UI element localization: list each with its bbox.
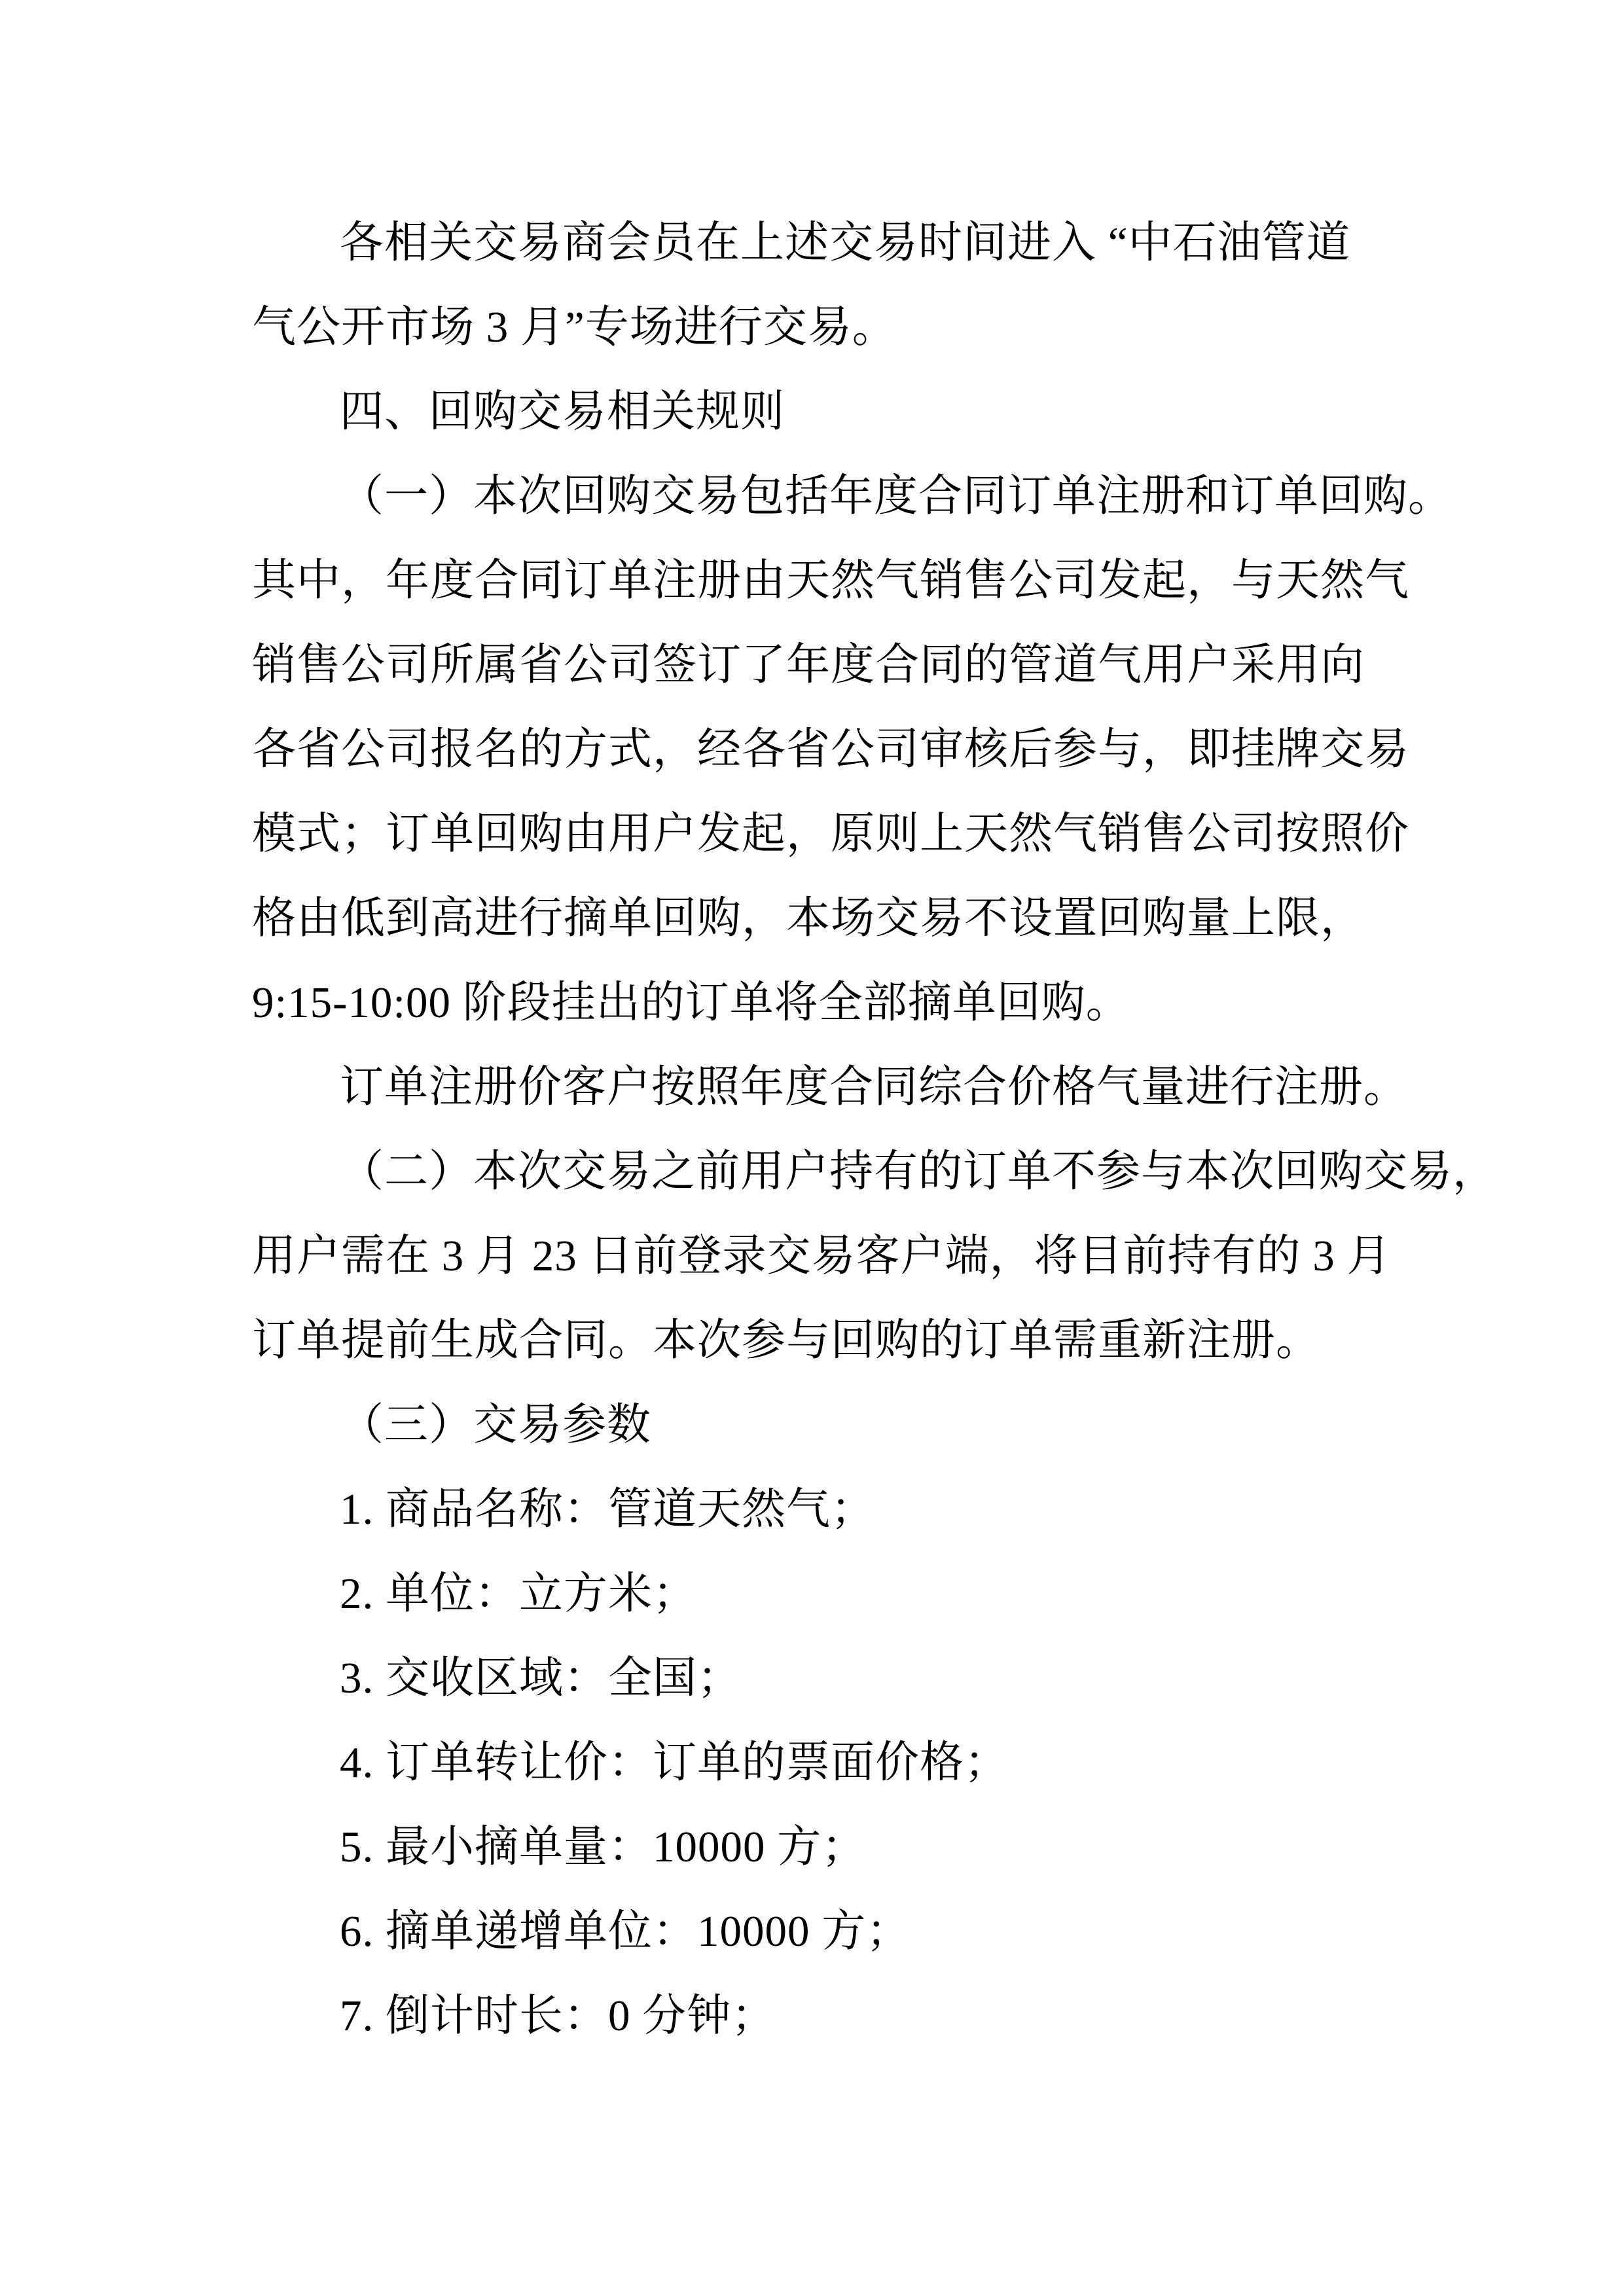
text-line: 2. 单位：立方米； bbox=[252, 1552, 1381, 1636]
text-line: 其中，年度合同订单注册由天然气销售公司发起，与天然气 bbox=[252, 539, 1381, 623]
text-line: 气公开市场 3 月”专场进行交易。 bbox=[252, 285, 1381, 370]
text-line: 各省公司报名的方式，经各省公司审核后参与，即挂牌交易 bbox=[252, 708, 1381, 792]
text-line: 7. 倒计时长：0 分钟； bbox=[252, 1974, 1381, 2058]
text-line: 5. 最小摘单量：10000 方； bbox=[252, 1805, 1381, 1890]
text-line: 3. 交收区域：全国； bbox=[252, 1636, 1381, 1721]
text-line: 各相关交易商会员在上述交易时间进入 “中石油管道 bbox=[252, 201, 1381, 285]
text-line: 格由低到高进行摘单回购，本场交易不设置回购量上限， bbox=[252, 876, 1381, 961]
text-line: 用户需在 3 月 23 日前登录交易客户端，将目前持有的 3 月 bbox=[252, 1214, 1381, 1299]
text-line: 4. 订单转让价：订单的票面价格； bbox=[252, 1721, 1381, 1805]
document-page: 各相关交易商会员在上述交易时间进入 “中石油管道气公开市场 3 月”专场进行交易… bbox=[0, 0, 1624, 2296]
text-line: 销售公司所属省公司签订了年度合同的管道气用户采用向 bbox=[252, 623, 1381, 708]
text-line: 6. 摘单递增单位：10000 方； bbox=[252, 1890, 1381, 1974]
text-line: 四、回购交易相关规则 bbox=[252, 370, 1381, 454]
text-line: （二）本次交易之前用户持有的订单不参与本次回购交易， bbox=[252, 1130, 1381, 1214]
text-line: 1. 商品名称：管道天然气； bbox=[252, 1467, 1381, 1552]
text-line: 订单提前生成合同。本次参与回购的订单需重新注册。 bbox=[252, 1299, 1381, 1383]
text-line: 9:15-10:00 阶段挂出的订单将全部摘单回购。 bbox=[252, 961, 1381, 1045]
text-line: 模式；订单回购由用户发起，原则上天然气销售公司按照价 bbox=[252, 792, 1381, 876]
document-body: 各相关交易商会员在上述交易时间进入 “中石油管道气公开市场 3 月”专场进行交易… bbox=[252, 201, 1381, 2058]
text-line: 订单注册价客户按照年度合同综合价格气量进行注册。 bbox=[252, 1045, 1381, 1130]
text-line: （三）交易参数 bbox=[252, 1383, 1381, 1467]
text-line: （一）本次回购交易包括年度合同订单注册和订单回购。 bbox=[252, 454, 1381, 539]
